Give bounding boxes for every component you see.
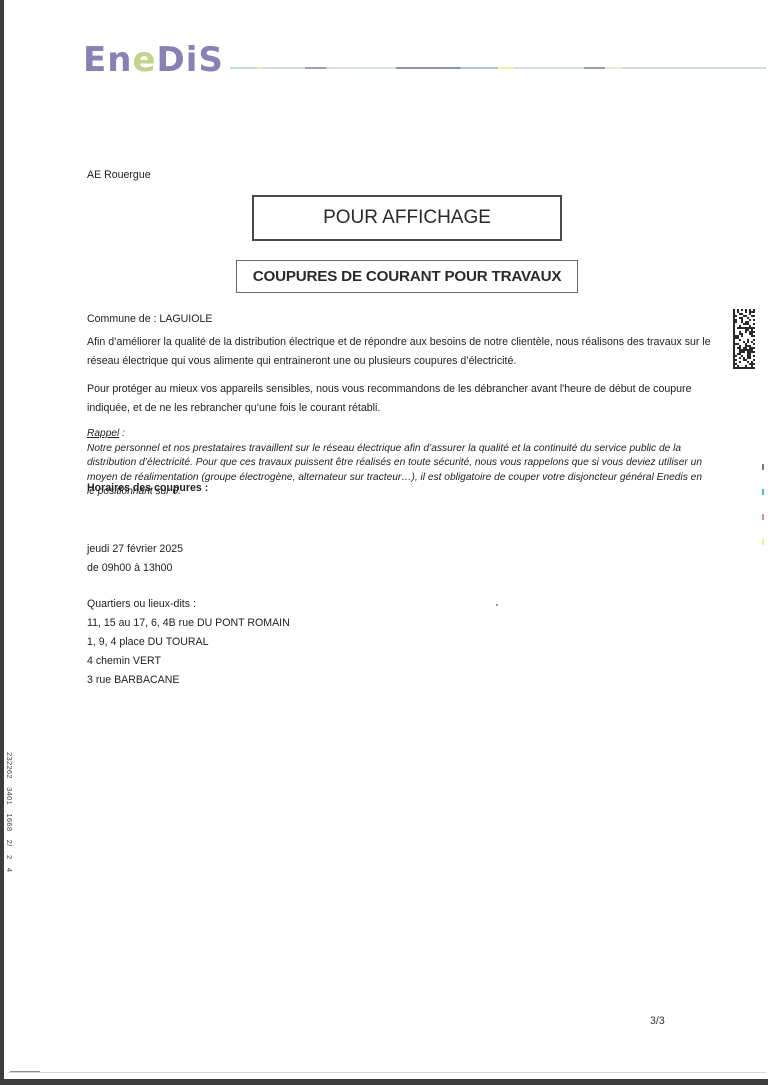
scan-speck (496, 604, 498, 606)
paragraph-intro: Afin d’améliorer la qualité de la distri… (87, 333, 717, 371)
logo-text-part2: e (132, 40, 156, 80)
sender: AE Rouergue (87, 166, 151, 185)
subtitle: COUPURES DE COURANT POUR TRAVAUX (253, 268, 562, 285)
places-title: Quartiers ou lieux-dits : (87, 595, 196, 614)
registration-mark-yellow (762, 539, 764, 545)
title: POUR AFFICHAGE (323, 207, 491, 229)
commune: Commune de : LAGUIOLE (87, 310, 212, 329)
datamatrix-code (732, 308, 755, 370)
page-number: 3/3 (650, 1012, 665, 1031)
registration-mark-cyan (762, 489, 764, 495)
rappel-label: Rappel (87, 428, 119, 439)
title-box: POUR AFFICHAGE (252, 195, 562, 241)
rappel-label-suffix: : (119, 428, 125, 439)
side-code: 232262 3401 1668 2/ 2 4 (4, 752, 18, 882)
outage-hours: de 09h00 à 13h00 (87, 559, 172, 578)
subtitle-box: COUPURES DE COURANT POUR TRAVAUX (236, 260, 578, 293)
side-code-text: 232262 3401 1668 2/ 2 4 (5, 752, 14, 872)
place-item: 4 chemin VERT (87, 652, 161, 671)
bottom-rule (8, 1072, 766, 1073)
document-page: EneDiS AE Rouergue POUR AFFICHAGE COUPUR… (4, 0, 768, 1079)
schedule-title: Horaires des coupures : (87, 479, 208, 498)
place-item: 3 rue BARBACANE (87, 671, 179, 690)
bottom-scratch (10, 1071, 40, 1072)
place-item: 1, 9, 4 place DU TOURAL (87, 633, 209, 652)
logo-text-part1: En (83, 40, 132, 80)
logo-text-part3: DiS (157, 40, 224, 80)
outage-date: jeudi 27 février 2025 (87, 540, 183, 559)
registration-mark-magenta (762, 514, 764, 520)
header-rule (230, 67, 766, 69)
registration-mark-gray (762, 464, 764, 470)
place-item: 11, 15 au 17, 6, 4B rue DU PONT ROMAIN (87, 614, 290, 633)
enedis-logo: EneDiS (83, 38, 224, 82)
paragraph-advice: Pour protéger au mieux vos appareils sen… (87, 380, 717, 418)
